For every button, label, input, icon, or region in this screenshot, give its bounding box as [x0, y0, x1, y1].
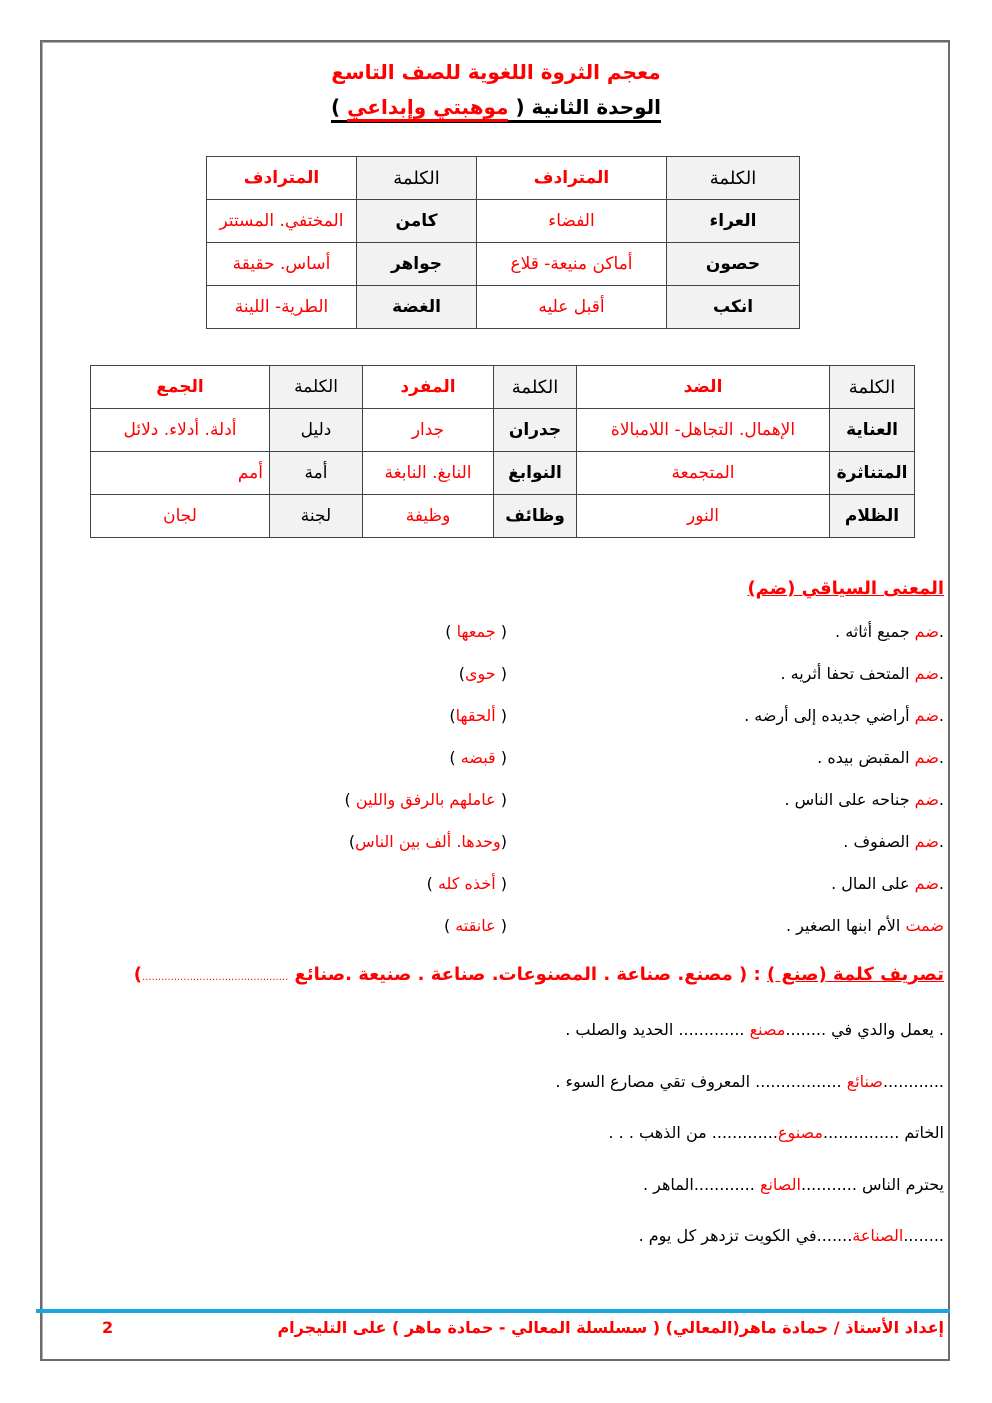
header-word: الكلمة — [830, 366, 915, 409]
singular-cell: النابغ. النابغة — [363, 452, 494, 495]
synonym-cell: أماكن منيعة- قلاع — [477, 243, 667, 286]
table-header-row: الكلمة المترادف الكلمة المترادف — [207, 157, 800, 200]
word-cell: العناية — [830, 409, 915, 452]
unit-suffix: ) — [331, 95, 340, 119]
context-meaning: ( جمعها ) — [445, 622, 507, 641]
context-sentence: .ضم المقبض بيده . — [817, 748, 944, 767]
context-meaning: ( ألحقها) — [449, 706, 507, 725]
context-meaning: ( عاملهم بالرفق واللين ) — [344, 790, 507, 809]
header-synonym: المترادف — [207, 157, 357, 200]
context-meaning: (وحدها. ألف بين الناس) — [349, 832, 507, 851]
context-meaning: ( أخذه كله ) — [427, 874, 507, 893]
context-item: .ضم على المال . ( أخذه كله ) — [0, 874, 992, 904]
fill-sentence: ............صنائع ................. المع… — [555, 1072, 944, 1091]
word-cell: المتناثرة — [830, 452, 915, 495]
header-word: الكلمة — [494, 366, 577, 409]
word-cell: لجنة — [270, 495, 363, 538]
context-sentence: .ضم على المال . — [831, 874, 944, 893]
header-word: الكلمة — [270, 366, 363, 409]
synonym-cell: أساس. حقيقة — [207, 243, 357, 286]
plural-cell: لجان — [91, 495, 270, 538]
context-meaning: ( عانقته ) — [444, 916, 507, 935]
unit-name: موهبتي وإبداعي — [347, 95, 508, 122]
word-cell: الغضة — [357, 286, 477, 329]
footer-credit: إعداد الأستاذ / حمادة ماهر(المعالي) ( سس… — [277, 1318, 944, 1337]
footer-divider — [36, 1309, 950, 1313]
header-antonym: الضد — [577, 366, 830, 409]
antonym-cell: النور — [577, 495, 830, 538]
antonym-cell: المتجمعة — [577, 452, 830, 495]
synonym-cell: الطرية- اللينة — [207, 286, 357, 329]
context-sentence: .ضم جناحه على الناس . — [784, 790, 944, 809]
table-row: العراء الفضاء كامن المختفي. المستتر — [207, 200, 800, 243]
context-item: .ضم أراضي جديده إلى أرضه . ( ألحقها) — [0, 706, 992, 736]
word-cell: النوابغ — [494, 452, 577, 495]
table-row: انكب أقبل عليه الغضة الطرية- اللينة — [207, 286, 800, 329]
context-item: .ضم المتحف تحفا أثريه . ( حوى) — [0, 664, 992, 694]
word-cell: كامن — [357, 200, 477, 243]
context-item: .ضم جناحه على الناس . ( عاملهم بالرفق وا… — [0, 790, 992, 820]
singular-cell: وظيفة — [363, 495, 494, 538]
plural-cell: أمم — [91, 452, 270, 495]
word-cell: حصون — [667, 243, 800, 286]
table-row: المتناثرة المتجمعة النوابغ النابغ. الناب… — [91, 452, 915, 495]
word-cell: الظلام — [830, 495, 915, 538]
synonym-cell: أقبل عليه — [477, 286, 667, 329]
synonym-cell: المختفي. المستتر — [207, 200, 357, 243]
header-synonym: المترادف — [477, 157, 667, 200]
synonym-cell: الفضاء — [477, 200, 667, 243]
document-title: معجم الثروة اللغوية للصف التاسع — [0, 60, 992, 84]
fill-sentence: الخاتم ...............مصنوع.............… — [608, 1123, 944, 1142]
context-sentence: .ضم الصفوف . — [843, 832, 944, 851]
table-row: حصون أماكن منيعة- قلاع جواهر أساس. حقيقة — [207, 243, 800, 286]
header-plural: الجمع — [91, 366, 270, 409]
header-singular: المفرد — [363, 366, 494, 409]
word-cell: انكب — [667, 286, 800, 329]
word-cell: وظائف — [494, 495, 577, 538]
table-header-row: الكلمة الضد الكلمة المفرد الكلمة الجمع — [91, 366, 915, 409]
synonyms-table: الكلمة المترادف الكلمة المترادف العراء ا… — [206, 156, 800, 329]
context-item: .ضم جميع أثاثه . ( جمعها ) — [0, 622, 992, 652]
unit-prefix: الوحدة الثانية ( — [515, 95, 661, 119]
contextual-meaning-title: المعنى السياقي (ضم) — [747, 578, 944, 599]
word-cell: جدران — [494, 409, 577, 452]
context-sentence: .ضم المتحف تحفا أثريه . — [780, 664, 944, 683]
context-item: .ضم المقبض بيده . ( قبضه ) — [0, 748, 992, 778]
context-sentence: .ضم جميع أثاثه . — [835, 622, 944, 641]
antonym-cell: الإهمال. التجاهل- اللامبالاة — [577, 409, 830, 452]
antonyms-plurals-table: الكلمة الضد الكلمة المفرد الكلمة الجمع ا… — [90, 365, 915, 538]
plural-cell: أدلة. أدلاء. دلائل — [91, 409, 270, 452]
unit-title: الوحدة الثانية ( موهبتي وإبداعي ) — [0, 95, 992, 119]
word-cell: العراء — [667, 200, 800, 243]
context-sentence: ضمت الأم ابنها الصغير . — [786, 916, 944, 935]
header-word: الكلمة — [357, 157, 477, 200]
context-meaning: ( حوى) — [459, 664, 507, 683]
page-number: 2 — [102, 1318, 113, 1337]
word-cell: دليل — [270, 409, 363, 452]
fill-sentence: . يعمل والدي في ........مصنع ...........… — [565, 1020, 944, 1039]
fill-sentence: ........الصناعة.......في الكويت تزدهر كل… — [639, 1226, 944, 1245]
word-cell: جواهر — [357, 243, 477, 286]
context-sentence: .ضم أراضي جديده إلى أرضه . — [744, 706, 944, 725]
singular-cell: جدار — [363, 409, 494, 452]
table-row: الظلام النور وظائف وظيفة لجنة لجان — [91, 495, 915, 538]
header-word: الكلمة — [667, 157, 800, 200]
conjugation-title: تصريف كلمة (صنع ) : ( مصنع. صناعة . المص… — [134, 964, 944, 985]
context-meaning: ( قبضه ) — [449, 748, 507, 767]
table-row: العناية الإهمال. التجاهل- اللامبالاة جدر… — [91, 409, 915, 452]
context-item: ضمت الأم ابنها الصغير . ( عانقته ) — [0, 916, 992, 946]
fill-sentence: يحترم الناس ...........الصانع ..........… — [643, 1175, 944, 1194]
word-cell: أمة — [270, 452, 363, 495]
context-item: .ضم الصفوف . (وحدها. ألف بين الناس) — [0, 832, 992, 862]
